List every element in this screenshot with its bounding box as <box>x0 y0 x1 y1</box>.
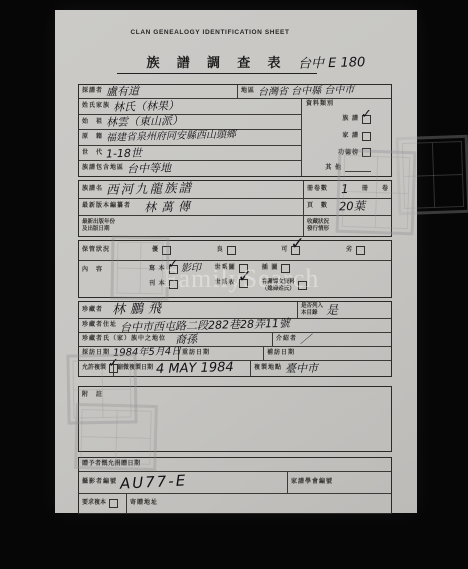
holder-position-label: 珍藏者氏（家）族中之地位 <box>82 336 166 343</box>
region-label: 地區 <box>241 88 255 95</box>
coverage-area-value: 台中等地 <box>127 163 171 175</box>
notes-label: 附 註 <box>82 392 103 399</box>
notes-row: 附 註 <box>79 387 391 451</box>
field-introducer: 介紹者 ／ <box>273 333 391 346</box>
merit-board-checkbox <box>362 148 371 157</box>
condition-poor-checkbox <box>356 246 365 255</box>
listed-in-catalog-label: 是否列入 本目錄 <box>301 303 323 317</box>
printed-english-title: CLAN GENEALOGY IDENTIFICATION SHEET <box>55 29 365 36</box>
pages-label: 頁 數 <box>307 203 328 210</box>
contents-col-1: 寫 本 影印 刊 本 <box>149 264 201 289</box>
photographer-row: 攝影者編號 AU77-E 家譜學會編號 <box>79 472 391 494</box>
field-society-number: 家譜學會編號 <box>288 472 391 493</box>
pages-value: 20葉 <box>339 201 365 213</box>
field-listed-in-catalog: 是否列入 本目錄 是 <box>298 302 391 318</box>
genealogy-info-block: 族譜名 西河九龍族譜 冊卷數 1 冊 卷 最新版本編纂者 林萬傳 頁 數 20葉 <box>78 180 392 237</box>
condition-fair-label: 可 <box>281 247 288 254</box>
photographer-number-label: 攝影者編號 <box>82 479 117 486</box>
handwritten-catalog-note: 台中 E 180 <box>298 56 366 71</box>
admin-block: 贈予者慨允捐贈日期 攝影者編號 AU77-E 家譜學會編號 要求複本 寄贈地址 <box>78 457 392 514</box>
field-film-place: 複製地點 臺中市 <box>251 361 391 376</box>
field-copy-request: 要求複本 <box>79 494 127 513</box>
manuscript-handwritten-note: 影印 <box>181 264 201 275</box>
material-option-clan-genealogy: 族 譜 <box>342 115 371 124</box>
genealogy-title-value: 西河九龍族譜 <box>106 182 193 197</box>
scanned-photo-background: CLAN GENEALOGY IDENTIFICATION SHEET 族 譜 … <box>0 0 468 569</box>
material-option-other: 其 他 <box>325 165 371 172</box>
holder-block: 珍藏者 林鵬飛 是否列入 本目錄 是 珍藏者住址 台中市西屯路二段282巷28弄… <box>78 301 392 377</box>
condition-excellent: 優 <box>152 246 171 255</box>
compiler-row: 最新版本編纂者 林萬傳 頁 數 20葉 <box>79 199 391 216</box>
field-supplement-date: 補訪日期 <box>264 347 391 360</box>
lineage-table-label: 世系表 <box>215 280 236 287</box>
contents-label: 內 容 <box>82 267 103 274</box>
contents-col-3: 插 圖 有關婦女資料 （媳婦姓氏） <box>262 264 319 293</box>
volumes-label: 冊卷數 <box>307 186 328 193</box>
material-type-box: 資料類別 族 譜 家 譜 功德榜 其 他 <box>302 99 391 176</box>
film-place-value: 臺中市 <box>285 363 318 375</box>
condition-good-checkbox <box>227 246 236 255</box>
contents-illustration: 插 圖 <box>262 264 291 273</box>
condition-poor-label: 劣 <box>346 247 353 254</box>
mail-address-label: 寄贈地址 <box>130 500 158 507</box>
genealogy-title-label: 族譜名 <box>82 186 103 193</box>
field-holder-position: 珍藏者氏（家）族中之地位 裔孫 <box>79 333 273 346</box>
merit-board-label: 功德榜 <box>338 150 359 157</box>
form-title: 族 譜 調 查 表 <box>117 52 317 74</box>
interviewer-label: 採譜者 <box>82 88 103 95</box>
field-notes: 附 註 <box>79 387 108 400</box>
lineage-chart-label: 世系圖 <box>215 265 236 272</box>
material-option-family-genealogy: 家 譜 <box>342 132 371 141</box>
survey-row-top: 採譜者 盧有道 地區 台灣省 台中縣 台中市 <box>79 85 391 99</box>
field-film-date: 縮微複製日期 4 MAY 1984 <box>114 361 251 376</box>
printed-label: 刊 本 <box>149 281 166 288</box>
field-donation-date: 贈予者慨允捐贈日期 <box>79 458 391 471</box>
genealogy-form-sheet: CLAN GENEALOGY IDENTIFICATION SHEET 族 譜 … <box>55 10 417 513</box>
field-interviewer: 採譜者 盧有道 <box>79 85 238 98</box>
first-ancestor-label: 始 祖 <box>82 119 103 126</box>
donation-row: 贈予者慨允捐贈日期 <box>79 458 391 472</box>
manuscript-checkbox <box>169 265 178 274</box>
copy-request-row: 要求複本 寄贈地址 <box>79 494 391 513</box>
field-copy-permission: 允許複製 <box>79 361 114 376</box>
holder-name-value: 林鵬飛 <box>112 303 166 317</box>
field-origin: 原 籍 福建省泉州府同安縣西山頭鄉 <box>79 130 301 146</box>
contents-manuscript: 寫 本 影印 <box>149 264 201 274</box>
holder-address-row: 珍藏者住址 台中市西屯路二段282巷28弄11號 <box>79 319 391 333</box>
other-material-label: 其 他 <box>325 165 342 172</box>
condition-good-label: 良 <box>217 247 224 254</box>
other-material-blank-line <box>345 165 371 172</box>
condition-excellent-checkbox <box>162 246 171 255</box>
first-ancestor-value: 林雲（東山派） <box>106 115 183 128</box>
film-date-label: 縮微複製日期 <box>117 365 153 372</box>
field-publication-date: 最新出版年份 及出版日期 <box>79 216 304 236</box>
photographer-number-value: AU77-E <box>120 473 188 491</box>
interviewer-value: 盧有道 <box>106 86 139 98</box>
field-family: 姓氏家族 林氏（林果） <box>79 99 301 115</box>
condition-excellent-label: 優 <box>152 247 159 254</box>
holder-name-row: 珍藏者 林鵬飛 是否列入 本目錄 是 <box>79 302 391 319</box>
interview-date-label: 採訪日期 <box>82 350 110 357</box>
printed-checkbox <box>169 280 178 289</box>
family-genealogy-label: 家 譜 <box>342 133 359 140</box>
holder-position-row: 珍藏者氏（家）族中之地位 裔孫 介紹者 ／ <box>79 333 391 347</box>
issue-status-label: 收藏狀況 發行情形 <box>307 219 329 233</box>
seal-watermark-right-2 <box>396 135 468 215</box>
volumes-unit-ce: 冊 <box>362 186 369 193</box>
field-volumes: 冊卷數 1 冊 卷 <box>304 181 391 198</box>
generations-label: 世 代 <box>82 150 103 157</box>
manuscript-label: 寫 本 <box>149 266 166 273</box>
survey-left-column: 姓氏家族 林氏（林果） 始 祖 林雲（東山派） 原 籍 福建省泉州府 <box>79 99 302 176</box>
origin-value: 福建省泉州府同安縣西山頭鄉 <box>106 131 236 144</box>
survey-row-body: 姓氏家族 林氏（林果） 始 祖 林雲（東山派） 原 籍 福建省泉州府 <box>79 99 391 176</box>
illustration-checkbox <box>281 264 290 273</box>
condition-contents-block: 保管狀況 優 良 可 劣 <box>78 240 392 298</box>
contents-label-cell: 內 容 <box>79 261 149 275</box>
field-photographer-number: 攝影者編號 AU77-E <box>79 472 288 493</box>
field-genealogy-title: 族譜名 西河九龍族譜 <box>79 181 304 198</box>
compiler-value: 林萬傳 <box>144 200 195 213</box>
origin-label: 原 籍 <box>82 134 103 141</box>
copy-permission-label: 允許複製 <box>82 365 106 372</box>
field-pages: 頁 數 20葉 <box>304 199 391 215</box>
region-value: 台灣省 台中縣 台中市 <box>258 85 355 98</box>
field-coverage-area: 族譜包含地區 台中等地 <box>79 161 301 176</box>
field-first-ancestor: 始 祖 林雲（東山派） <box>79 115 301 131</box>
supplement-date-label: 補訪日期 <box>267 350 295 357</box>
generations-value: 1-18世 <box>106 147 142 159</box>
holder-address-value: 台中市西屯路二段282巷28弄11號 <box>120 318 290 333</box>
family-label: 姓氏家族 <box>82 103 110 110</box>
lineage-table-checkbox <box>239 279 248 288</box>
copy-request-checkbox <box>109 499 118 508</box>
condition-fair: 可 <box>281 246 300 255</box>
condition-label: 保管狀況 <box>82 247 110 254</box>
donation-date-label: 贈予者慨允捐贈日期 <box>82 461 141 468</box>
condition-fair-checkbox <box>291 246 300 255</box>
genealogy-title-row: 族譜名 西河九龍族譜 冊卷數 1 冊 卷 <box>79 181 391 199</box>
survey-block: 採譜者 盧有道 地區 台灣省 台中縣 台中市 姓氏家族 林氏（林果） <box>78 84 392 177</box>
illustration-label: 插 圖 <box>262 265 279 272</box>
holder-position-value: 裔孫 <box>175 334 197 346</box>
field-holder-name: 珍藏者 林鵬飛 <box>79 302 298 318</box>
material-type-header: 資料類別 <box>306 101 334 108</box>
contents-row: 內 容 寫 本 影印 刊 本 <box>79 261 391 297</box>
condition-poor: 劣 <box>346 246 365 255</box>
clan-genealogy-checkbox <box>362 115 371 124</box>
listed-in-catalog-value: 是 <box>326 304 338 316</box>
introducer-label: 介紹者 <box>276 336 297 343</box>
field-holder-address: 珍藏者住址 台中市西屯路二段282巷28弄11號 <box>79 319 391 332</box>
holder-address-label: 珍藏者住址 <box>82 322 117 329</box>
introducer-value: ／ <box>300 334 311 345</box>
field-generations: 世 代 1-18世 <box>79 146 301 162</box>
field-revisit-date: 重訪日期 <box>179 347 264 360</box>
contents-women-data: 有關婦女資料 （媳婦姓氏） <box>262 279 319 293</box>
clan-genealogy-label: 族 譜 <box>342 116 359 123</box>
material-option-merit-board: 功德榜 <box>338 148 371 157</box>
contents-options-grid: 寫 本 影印 刊 本 世系圖 <box>149 261 318 293</box>
copy-request-label: 要求複本 <box>82 500 106 507</box>
condition-options: 優 良 可 劣 <box>149 241 391 260</box>
filming-row: 允許複製 縮微複製日期 4 MAY 1984 複製地點 臺中市 <box>79 361 391 376</box>
society-number-label: 家譜學會編號 <box>291 479 333 486</box>
contents-printed: 刊 本 <box>149 280 201 289</box>
family-genealogy-checkbox <box>362 132 371 141</box>
compiler-label: 最新版本編纂者 <box>82 203 131 210</box>
contents-lineage-table: 世系表 <box>215 279 248 288</box>
publication-date-label: 最新出版年份 及出版日期 <box>82 219 115 233</box>
copy-permission-checkbox <box>109 364 118 373</box>
coverage-area-label: 族譜包含地區 <box>82 165 124 172</box>
holder-name-label: 珍藏者 <box>82 307 103 314</box>
revisit-date-label: 重訪日期 <box>182 350 210 357</box>
field-issue-status: 收藏狀況 發行情形 <box>304 216 391 236</box>
field-region: 地區 台灣省 台中縣 台中市 <box>238 85 391 98</box>
publication-row: 最新出版年份 及出版日期 收藏狀況 發行情形 <box>79 216 391 236</box>
field-compiler: 最新版本編纂者 林萬傳 <box>79 199 304 215</box>
volumes-unit-juan: 卷 <box>382 186 389 193</box>
condition-good: 良 <box>217 246 236 255</box>
film-date-value: 4 MAY 1984 <box>156 361 234 376</box>
family-value: 林氏（林果） <box>113 100 179 113</box>
condition-row: 保管狀況 優 良 可 劣 <box>79 241 391 261</box>
condition-label-cell: 保管狀況 <box>79 241 149 260</box>
dates-row: 採訪日期 1984年5月4日 重訪日期 補訪日期 <box>79 347 391 361</box>
women-data-label: 有關婦女資料 （媳婦姓氏） <box>262 279 295 293</box>
notes-block: 附 註 <box>78 386 392 452</box>
film-place-label: 複製地點 <box>254 365 282 372</box>
field-interview-date: 採訪日期 1984年5月4日 <box>79 347 179 360</box>
women-data-checkbox <box>298 281 307 290</box>
volumes-value: 1 <box>341 183 349 195</box>
interview-date-value: 1984年5月4日 <box>113 348 181 360</box>
field-mail-address: 寄贈地址 <box>127 494 391 513</box>
contents-col-2: 世系圖 世系表 <box>215 264 248 288</box>
